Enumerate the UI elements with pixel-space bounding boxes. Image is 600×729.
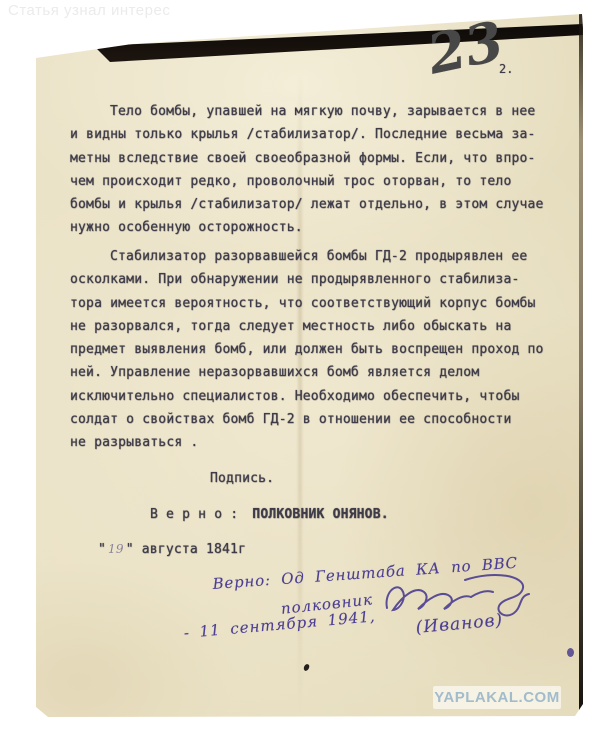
overlay-ghost-text: Статья узнал интерес [8,2,170,19]
typed-page-number: 2. [499,62,513,76]
typed-paragraph-2: Стабилизатор разорвавшейся бомбы ГД-2 пр… [70,245,544,455]
ink-dot [567,648,574,657]
typed-line: не разорвался, тогда следует местность л… [70,315,544,338]
document-page: 23 2. Тело бомбы, упавшей на мягкую почв… [36,14,583,717]
typed-line: Тело бомбы, упавшей на мягкую почву, зар… [70,100,544,123]
officer-name: ПОЛКОВНИК ОНЯНОВ. [252,507,388,522]
typed-line: Стабилизатор разорвавшейся бомбы ГД-2 пр… [70,245,544,268]
verno-label: В е р н о : [150,507,238,522]
typed-line: метны вследствие своей своеобразной форм… [70,147,544,170]
typed-date-line: "19" августа 1841г [98,538,246,561]
typed-line: предмет выявления бомб, или должен быть … [70,338,544,361]
date-open-quote: " [98,542,106,557]
typed-line: не разрываться . [70,431,544,454]
handwritten-date: - 11 сентября 1941, [183,607,376,642]
ink-blot [303,663,310,671]
signature-caption: Подпись. [210,467,274,490]
date-tail: " августа 1841г [126,542,246,557]
typed-line: бомбы и крылья /стабилизатор/ лежат отде… [70,193,544,216]
handwritten-page-number: 23 [422,8,509,86]
page-right-edge-shadow [579,14,583,717]
typed-line: чем происходит редко, проволочный трос о… [70,170,544,193]
typed-line: исключительно специалистов. Необходимо о… [70,385,544,408]
typed-line: солдат о свойствах бомб ГД-2 в отношении… [70,408,544,431]
watermark-text: YAPLAKAL.COM [434,689,559,706]
typed-line: и видны только крылья /стабилизатор/. По… [70,123,544,146]
typed-paragraph-1: Тело бомбы, упавшей на мягкую почву, зар… [70,100,544,240]
typed-line: нужно особенную осторожность. [70,216,544,239]
typed-line: тора имеется вероятность, что соответств… [70,292,544,315]
watermark-badge: YAPLAKAL.COM [433,686,561,709]
typed-line: осколками. При обнаружении не продырявле… [70,268,544,291]
typed-line: ней. Управление неразорвавшихся бомб явл… [70,361,544,384]
certification-line: В е р н о :ПОЛКОВНИК ОНЯНОВ. [150,503,389,526]
handwritten-day: 19 [106,542,126,556]
